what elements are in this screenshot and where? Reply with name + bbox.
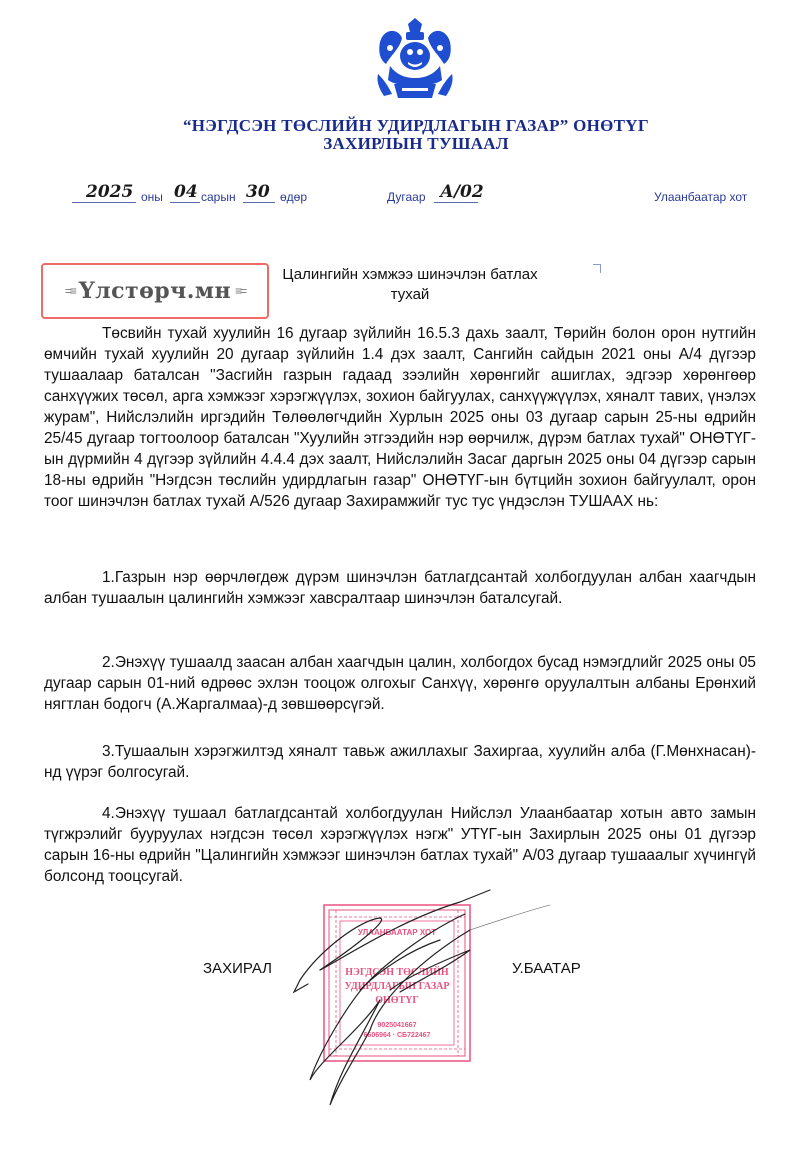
order-item-text: 3.Тушаалын хэрэгжилтэд хяналт тавьж ажил… [44, 743, 756, 781]
preamble-paragraph: Төсвийн тухай хуулийн 16 дугаар зүйлийн … [44, 323, 756, 512]
document-type-title: ЗАХИРЛЫН ТУШААЛ [16, 134, 800, 154]
wing-left-icon: =≡ [65, 284, 75, 298]
year-underline [72, 202, 136, 203]
watermark-text: Үлстөрч.мн [79, 278, 231, 304]
number-underline [434, 202, 478, 203]
signatory-title: ЗАХИРАЛ [203, 960, 272, 977]
wing-right-icon: ≡= [235, 284, 245, 298]
year-value: 2025 [86, 182, 133, 202]
order-item-1: 1.Газрын нэр өөрчлөгдөж дүрэм шинэчлэн б… [44, 567, 756, 609]
organization-name: “НЭГДСЭН ТӨСЛИЙН УДИРДЛАГЫН ГАЗАР” ОНӨТҮ… [16, 116, 800, 136]
order-item-4: 4.Энэхүү тушаал батлагдсантай холбогдуул… [44, 803, 756, 887]
state-emblem-icon [370, 14, 460, 106]
order-item-2: 2.Энэхүү тушаалд заасан албан хаагчдын ц… [44, 652, 756, 715]
month-value: 04 [174, 182, 198, 202]
stamp-top-text: УЛААНБААТАР ХОТ [358, 928, 436, 937]
order-item-3: 3.Тушаалын хэрэгжилтэд хяналт тавьж ажил… [44, 741, 756, 783]
stamp-line-3: ОНӨТҮГ [375, 995, 419, 1006]
stamp-line-2: УДИРДЛАГЫН ГАЗАР [345, 981, 450, 992]
number-label: Дугаар [387, 190, 426, 204]
order-item-text: 2.Энэхүү тушаалд заасан албан хаагчдын ц… [44, 654, 756, 713]
month-label: сарын [201, 190, 236, 204]
watermark-badge: =≡ Үлстөрч.мн ≡= [41, 263, 269, 319]
stamp-reg-1: 9025041667 [378, 1022, 417, 1029]
official-stamp-icon: УЛААНБААТАР ХОТ НЭГДСЭН ТӨСЛИЙН УДИРДЛАГ… [322, 903, 472, 1063]
order-item-text: 1.Газрын нэр өөрчлөгдөж дүрэм шинэчлэн б… [44, 569, 756, 607]
subject-line-2: тухай [260, 286, 560, 303]
signatory-name: У.БААТАР [512, 960, 581, 977]
stamp-line-1: НЭГДСЭН ТӨСЛИЙН [345, 966, 449, 978]
order-item-text: 4.Энэхүү тушаал батлагдсантай холбогдуул… [44, 805, 756, 885]
month-underline [170, 202, 200, 203]
subject-line-1: Цалингийн хэмжээ шинэчлэн батлах [260, 266, 560, 283]
year-label: оны [141, 190, 163, 204]
day-label: өдөр [280, 190, 307, 204]
stamp-reg-2: 6606964 · СБ722467 [364, 1032, 431, 1039]
document-meta-row: 2025 оны 04 сарын 30 өдөр Дугаар А/02 Ул… [0, 184, 800, 208]
day-underline [243, 202, 275, 203]
preamble-text: Төсвийн тухай хуулийн 16 дугаар зүйлийн … [44, 325, 756, 510]
city-label: Улаанбаатар хот [654, 190, 747, 204]
day-value: 30 [246, 182, 270, 202]
corner-bracket-icon [593, 264, 601, 273]
document-number: А/02 [440, 182, 484, 202]
